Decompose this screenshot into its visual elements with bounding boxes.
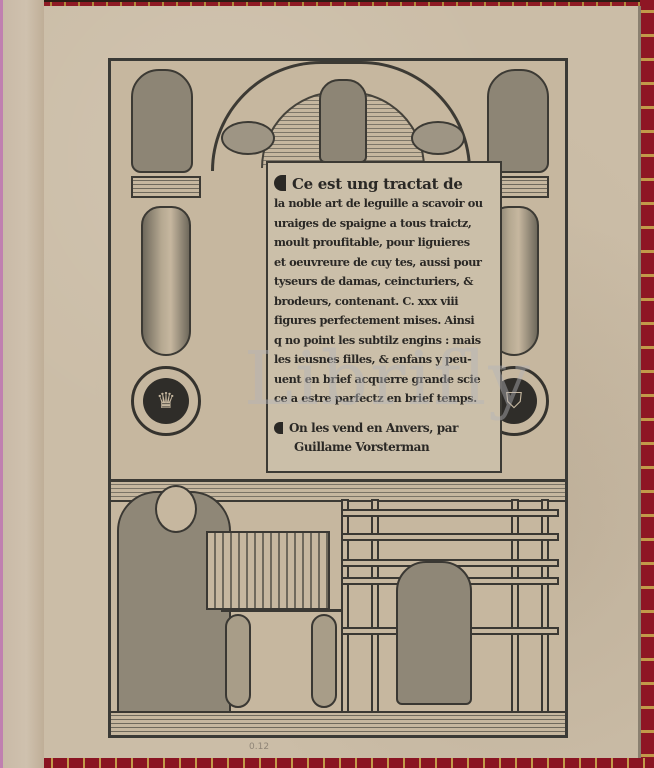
pencil-annotation: 0.12: [249, 742, 269, 752]
body-line: les ieusnes filles, & enfans y peu-: [274, 350, 494, 370]
binding-bottom-edge: [44, 758, 654, 768]
body-line: figures perfectement mises. Ainsi: [274, 311, 494, 331]
figure-top-right-woman: [487, 69, 549, 173]
title-text-block: Ce est ung tractat de la noble art de le…: [266, 161, 502, 473]
body-line: uent en brief acquerre grande scie: [274, 370, 494, 390]
body-line: uraiges de spaigne a tous traictz,: [274, 214, 494, 234]
body-line: moult proufitable, pour liguieres: [274, 233, 494, 253]
body-line: et oeuvreure de cuy tes, aussi pour: [274, 253, 494, 273]
imprint-line: On les vend en Anvers, par: [274, 419, 494, 439]
figure-top-left-woman: [131, 69, 193, 173]
crown-over-shield-icon: ♛: [143, 378, 189, 424]
column-left: ♛: [131, 176, 201, 476]
binding-right-edge: [640, 0, 654, 768]
body-line: q no point les subtilz engins : mais: [274, 331, 494, 351]
ornate-table: [221, 609, 341, 708]
column-capital: [131, 176, 201, 198]
title-page: ♛ ⛉ Ce est ung tractat de la noble art d…: [44, 6, 641, 758]
weaving-woman-figure: [396, 561, 472, 705]
body-line: la noble art de leguille a scavoir ou: [274, 194, 494, 214]
pilcrow-icon: [274, 175, 286, 191]
loom-beam: [341, 509, 559, 517]
imprint-line: Guillame Vorsterman: [274, 438, 494, 458]
facing-page-edge: [0, 0, 44, 768]
medallion-left: ♛: [131, 366, 201, 436]
body-line: tyseurs de damas, ceincturiers, &: [274, 272, 494, 292]
loom-beam: [341, 533, 559, 541]
table-loom: [206, 531, 330, 610]
floor-hatching: [111, 711, 565, 735]
woodcut-frame: ♛ ⛉ Ce est ung tractat de la noble art d…: [108, 58, 568, 738]
pilcrow-icon: [274, 422, 283, 434]
table-leg-right: [311, 614, 337, 708]
woman-head: [155, 485, 197, 533]
scroll-ornament-right: [411, 121, 465, 155]
table-leg-left: [225, 614, 251, 708]
title-line: Ce est ung tractat de: [274, 175, 494, 194]
scroll-ornament-left: [221, 121, 275, 155]
figure-top-center-man: [319, 79, 367, 163]
left-background-edge: [0, 0, 3, 768]
column-vase: [141, 206, 191, 356]
imprint: On les vend en Anvers, par Guillame Vors…: [274, 419, 494, 458]
body-line: brodeurs, contenant. C. xxx viii: [274, 292, 494, 312]
body-line: ce a estre parfectz en brief temps.: [274, 389, 494, 409]
